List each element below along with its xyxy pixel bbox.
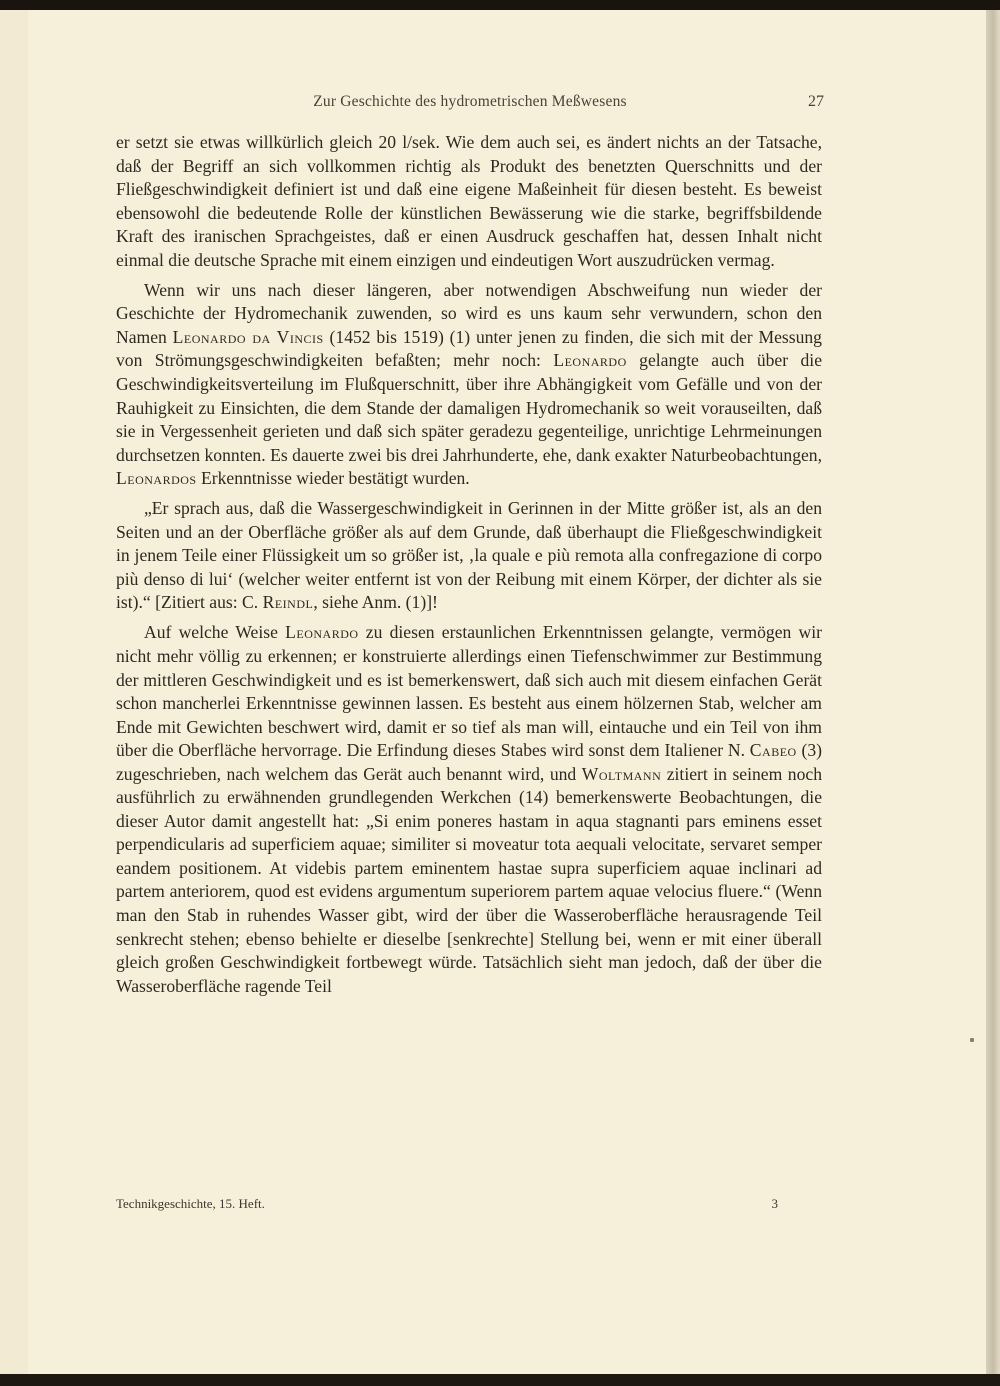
text-run: Auf welche Weise: [144, 622, 285, 642]
paragraph-1: er setzt sie etwas willkürlich gleich 20…: [116, 131, 822, 272]
text-run: Erkenntnisse wieder bestätigt wurden.: [197, 468, 470, 488]
person-name: Leonardo: [553, 350, 626, 370]
paper-speck: [970, 1038, 974, 1042]
page-number: 27: [808, 93, 824, 111]
text-run: zitiert in seinem noch ausführlich zu er…: [116, 764, 822, 996]
person-name: Woltmann: [582, 764, 662, 784]
facing-page-edge: [0, 10, 30, 1374]
text-run: zu diesen erstaunlichen Erkenntnissen ge…: [116, 622, 822, 760]
journal-signature: Technikgeschichte, 15. Heft.: [116, 1196, 265, 1212]
scan-bottom-border: [0, 1374, 1000, 1386]
page-stack-edge: [986, 10, 1000, 1374]
person-name: Reindl: [263, 592, 314, 612]
scan-top-border: [0, 0, 1000, 10]
person-name: Leonardo: [285, 622, 358, 642]
sheet-signature: 3: [772, 1196, 779, 1212]
paragraph-2: Wenn wir uns nach dieser längeren, aber …: [116, 279, 822, 491]
person-name: Leonardo da Vincis: [173, 327, 324, 347]
text-run: er setzt sie etwas willkürlich gleich 20…: [116, 132, 822, 270]
body-text: er setzt sie etwas willkürlich gleich 20…: [116, 131, 822, 1005]
person-name: Leonardos: [116, 468, 197, 488]
running-title: Zur Geschichte des hydrometrischen Meßwe…: [116, 93, 824, 111]
page-footer: Technikgeschichte, 15. Heft. 3: [116, 1196, 778, 1214]
running-head: Zur Geschichte des hydrometrischen Meßwe…: [116, 93, 824, 115]
person-name: Cabeo: [750, 740, 797, 760]
paragraph-3-quotation: „Er sprach aus, daß die Wassergeschwindi…: [116, 497, 822, 615]
text-run: „Er sprach aus, daß die Wassergeschwindi…: [116, 498, 822, 612]
paragraph-4: Auf welche Weise Leonardo zu diesen erst…: [116, 621, 822, 998]
text-run: , siehe Anm. (1)]!: [313, 592, 438, 612]
